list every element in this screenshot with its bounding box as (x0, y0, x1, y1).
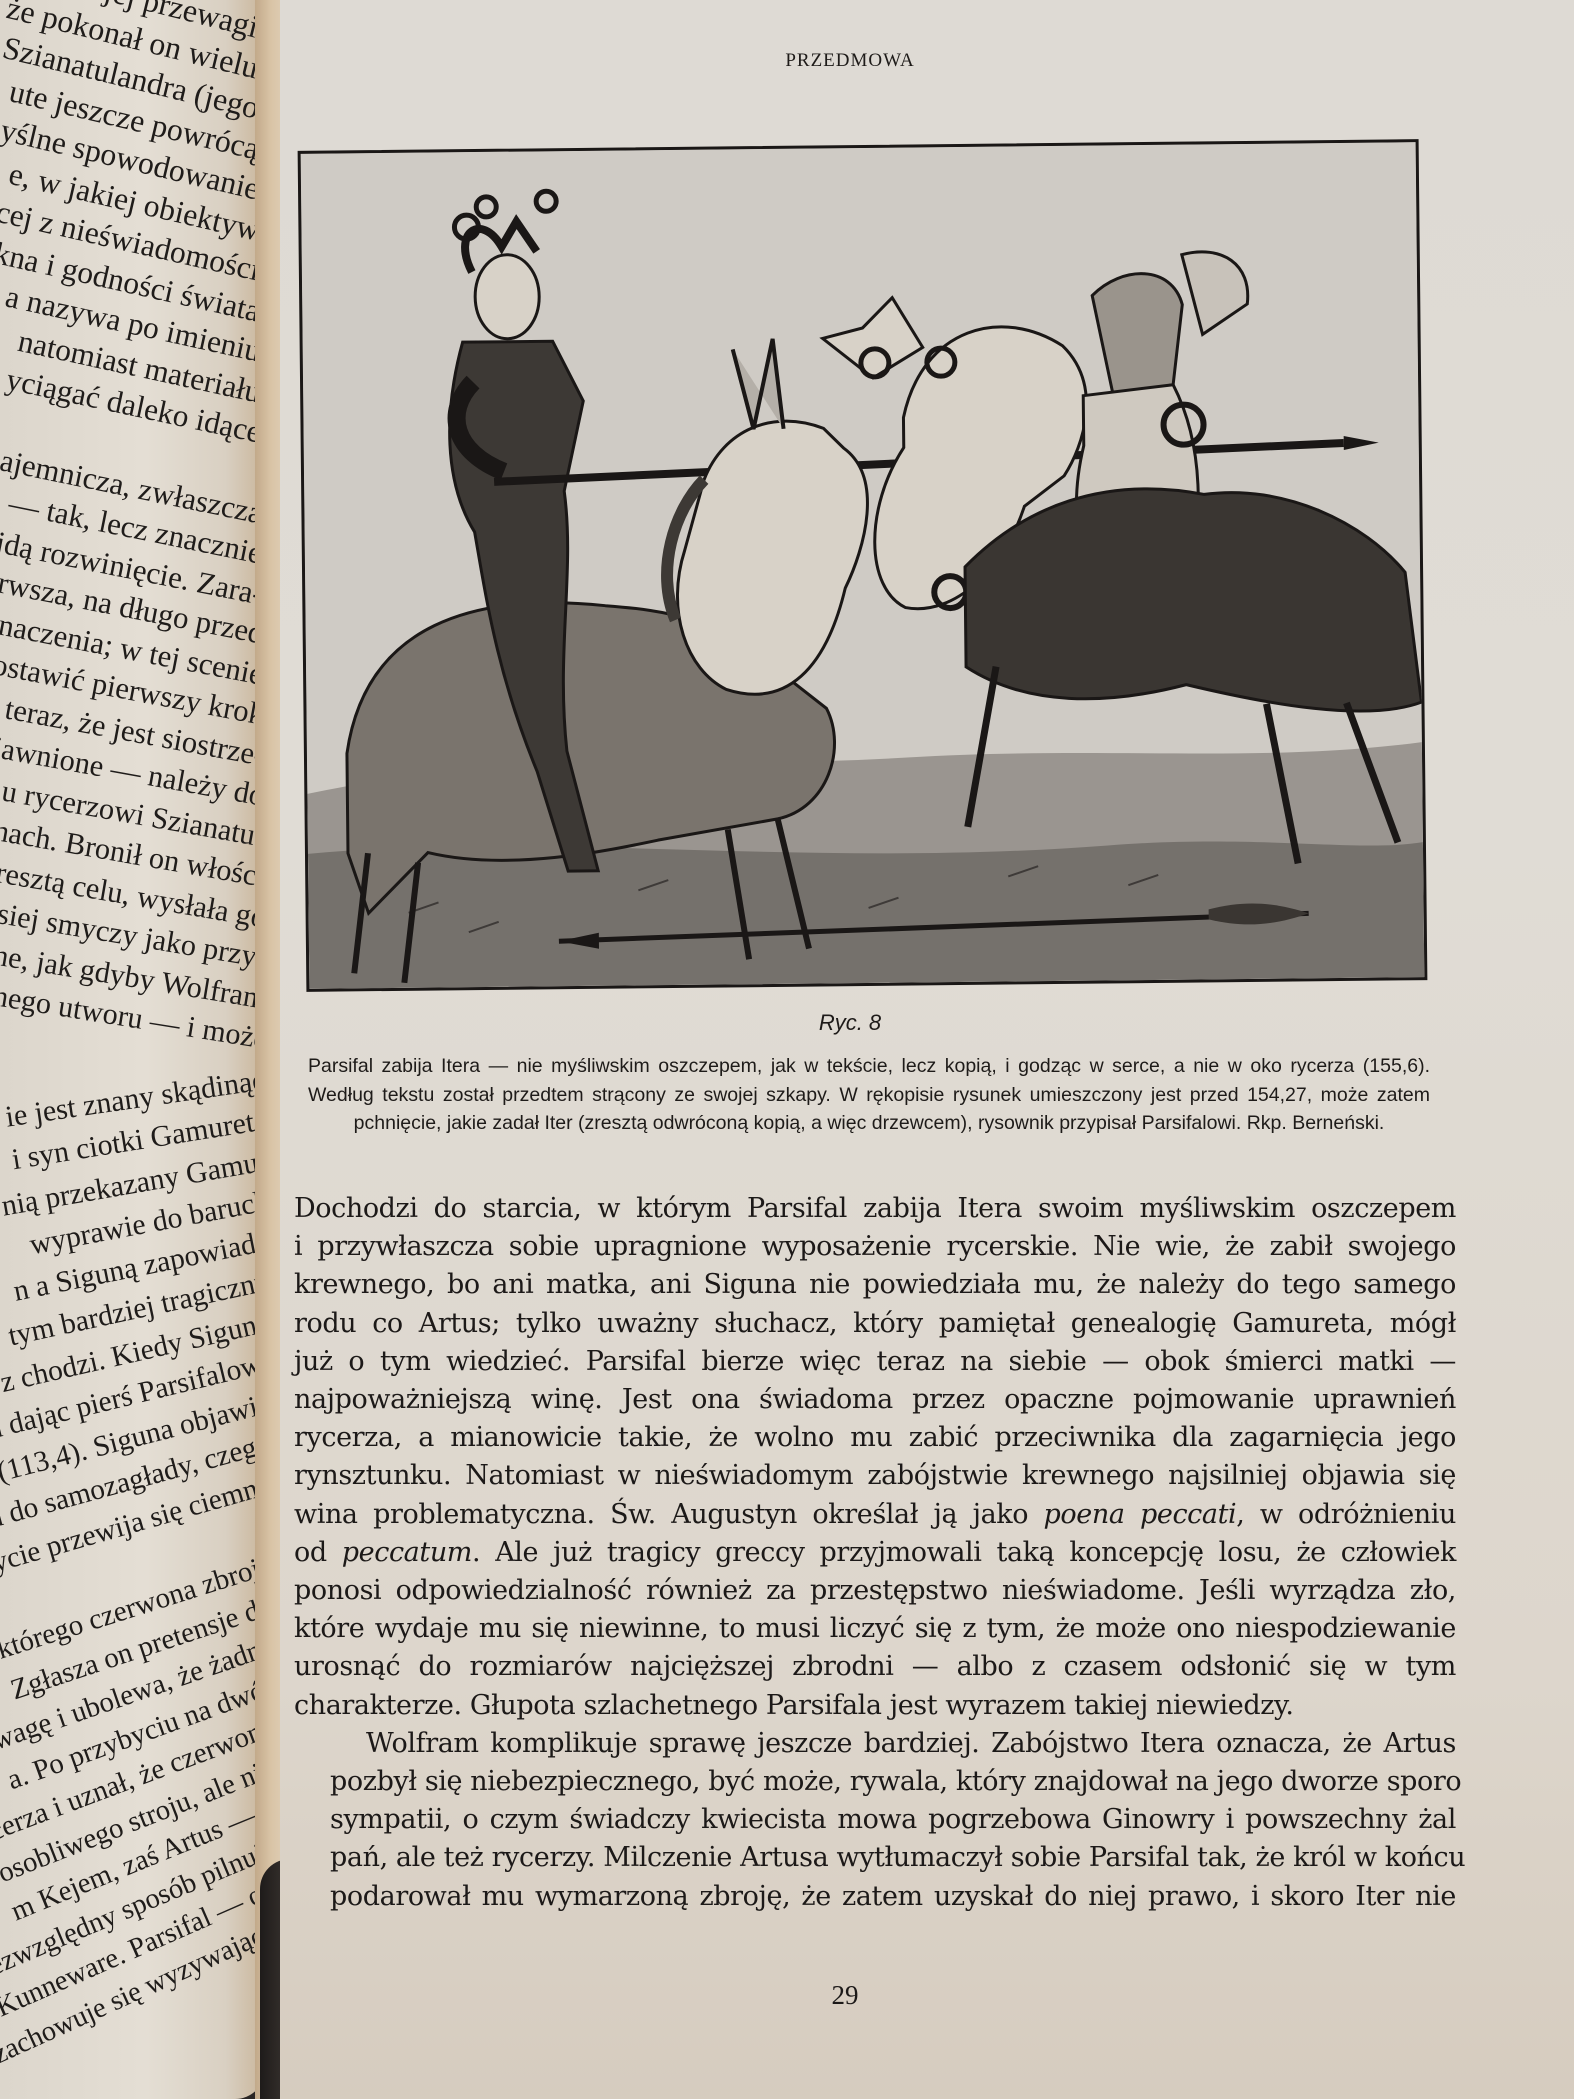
text-line: i przywłaszcza sobie upragnione wyposaże… (294, 1228, 1456, 1266)
text-line: już o tym wiedzieć. Parsifal bierze więc… (294, 1343, 1456, 1381)
text-line: rynsztunku. Natomiast w nieświadomym zab… (294, 1457, 1456, 1495)
left-page: swojej przewagiże pokonał on wieluSziana… (0, 0, 265, 2099)
text-line: pań, ale też rycerzy. Milczenie Artusa w… (294, 1839, 1456, 1877)
text-line: wina problematyczna. Św. Augustyn określ… (294, 1496, 1456, 1534)
text-line: pozbył się niebezpiecznego, być może, ry… (294, 1763, 1456, 1801)
text-line: Wolfram komplikuje sprawę jeszcze bardzi… (294, 1725, 1456, 1763)
text-line: urosnąć do rozmiarów najcięższej zbrodni… (294, 1648, 1456, 1686)
latin-term: poena peccati (1044, 1499, 1237, 1530)
text-line: od peccatum. Ale już tragicy greccy przy… (294, 1534, 1456, 1572)
text-line: krewnego, bo ani matka, ani Siguna nie p… (294, 1266, 1456, 1304)
text-line: podarował mu wymarzoną zbroję, że zatem … (294, 1878, 1456, 1916)
caption-line: kopią, a więc drzewcem), rysownik przypi… (754, 1112, 1385, 1134)
page-number: 29 (280, 1980, 1410, 2011)
body-text: Dochodzi do starcia, w którym Parsifal z… (294, 1190, 1456, 1916)
paragraph-2: Wolfram komplikuje sprawę jeszcze bardzi… (294, 1725, 1456, 1916)
paragraph-1: Dochodzi do starcia, w którym Parsifal z… (294, 1190, 1456, 1725)
text-fragment: od (294, 1537, 327, 1568)
text-line: Dochodzi do starcia, w którym Parsifal z… (294, 1190, 1456, 1228)
text-line: rycerza, a mianowicie takie, że wolno mu… (294, 1419, 1456, 1457)
figure-caption: Parsifal zabija Itera — nie myśliwskim o… (308, 1052, 1430, 1138)
text-line: sympatii, o czym świadczy kwiecista mowa… (294, 1801, 1456, 1839)
text-line: ponosi odpowiedzialność również za przes… (294, 1572, 1456, 1610)
running-head: PRZEDMOWA (280, 50, 1420, 72)
text-line: najpoważniejszą winę. Jest ona świadoma … (294, 1381, 1456, 1419)
figure-illustration (298, 139, 1428, 992)
text-line: które wydaje mu się niewinne, to musi li… (294, 1610, 1456, 1648)
latin-term: peccatum (342, 1537, 472, 1568)
text-fragment: , w odróżnieniu (1236, 1499, 1456, 1530)
right-page: PRZEDMOWA (280, 0, 1574, 2099)
caption-line: Parsifal zabija Itera — nie myśliwskim o… (308, 1055, 1219, 1077)
text-line: rodu co Artus; tylko uważny słuchacz, kt… (294, 1305, 1456, 1343)
joust-illustration-icon (301, 142, 1425, 989)
text-line: charakterze. Głupota szlachetnego Parsif… (294, 1687, 1456, 1725)
figure-label: Ryc. 8 (280, 1010, 1420, 1036)
text-fragment: wina problematyczna. Św. Augustyn określ… (294, 1499, 1028, 1530)
text-fragment: . Ale już tragicy greccy przyjmowali tak… (472, 1537, 1456, 1568)
